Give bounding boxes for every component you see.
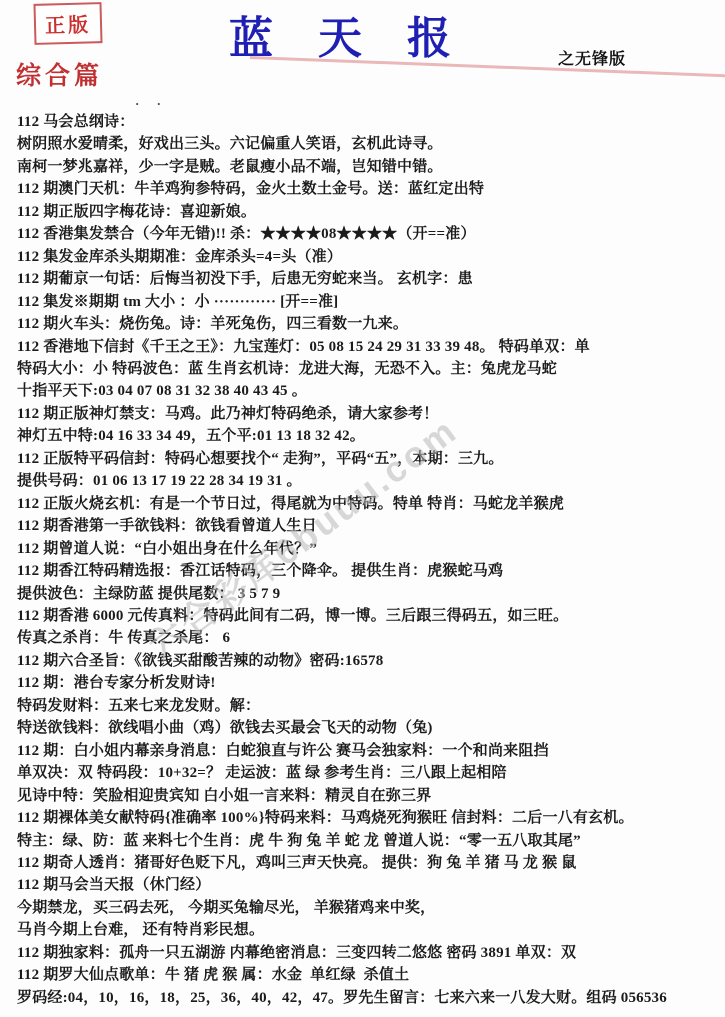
content-line: 112 期正版神灯禁支：马鸡。此乃神灯特码绝杀，请大家参考！ <box>17 403 721 425</box>
content-line: 112 期罗大仙点歌单：牛 猪 虎 猴 属：水金 单红绿 杀值土 <box>17 964 721 986</box>
content-line: 112 期六合圣旨：《欲钱买甜酸苦辣的动物》密码:16578 <box>17 650 721 672</box>
content-line: 112 集发※期期 tm 大小 ：小 ············ [开==准] <box>17 291 721 313</box>
content-line: 112 期香港 6000 元传真料：特码此间有二码，博一博。三后跟三得码五，如三… <box>17 605 721 627</box>
content-line: 112 期裸体美女献特码{准确率 100%}特码来料：马鸡烧死狗猴旺 信封料：二… <box>17 807 721 829</box>
content-line: 112 期火车头：烧伤兔。诗：羊死兔伤，四三看数一九来。 <box>17 313 721 335</box>
content-line: 十指平天下:03 04 07 08 31 32 38 40 43 45 。 <box>17 380 721 402</box>
content-line: 112 正版火烧玄机：有是一个节日过，得尾就为中特码。特单 特肖：马蛇龙羊猴虎 <box>17 493 721 515</box>
content-line: 传真之杀肖：牛 传真之杀尾： 6 <box>17 627 721 649</box>
content-line: 今期禁龙，买三码去死， 今期买兔输尽光， 羊猴猪鸡来中奖， <box>17 897 721 919</box>
content-line: 112 期曾道人说：“白小姐出身在什么年代？” <box>17 538 721 560</box>
content-line: 特码大小：小 特码波色：蓝 生肖玄机诗：龙进大海，无恐不入。主：兔虎龙马蛇 <box>17 358 721 380</box>
content-line: 112 期葡京一句话：后悔当初没下手，后患无穷蛇来当。 玄机字：患 <box>17 268 721 290</box>
content-line: 神灯五中特:04 16 33 34 49，五个平:01 13 18 32 42。 <box>17 425 721 447</box>
scanned-lottery-report-page: 正版 蓝天报 之无锋版 综合篇 · · 112 马会总纲诗：树阴照水爱晴柔，好戏… <box>0 0 725 1017</box>
content-line: 特主：绿、防：蓝 来料七个生肖：虎 牛 狗 兔 羊 蛇 龙 曾道人说：“零一五八… <box>17 830 721 852</box>
content-line: 特码发财料：五来七来龙发财。解： <box>17 695 721 717</box>
content-line: 112 期香江特码精选报：香江话特码，三个降伞。 提供生肖：虎猴蛇马鸡 <box>17 560 721 582</box>
content-line: 提供波色：主绿防蓝 提供尾数： 3 5 7 9 <box>17 583 721 605</box>
content-line: 单双决：双 特码段：10+32=？ 走运波：蓝 绿 参考生肖：三八跟上起相陪 <box>17 762 721 784</box>
content-line: 112 香港地下信封《千王之王》：九宝莲灯：05 08 15 24 29 31 … <box>17 336 721 358</box>
scan-artifact-dots: · · <box>135 96 168 112</box>
content-line: 112 正版特平码信封：特码心想要找个“ 走狗”，平码“五”，本期：三九。 <box>17 448 721 470</box>
content-line: 112 期马会当天报（休门经） <box>17 874 721 896</box>
content-line: 112 期正版四字梅花诗：喜迎新娘。 <box>17 201 721 223</box>
content-line: 112 香港集发禁合（今年无错)!! 杀：★★★★08★★★★（开==准） <box>17 223 721 245</box>
content-line: 112 期独家料：孤舟一只五湖游 内幕绝密消息：三变四转二悠悠 密码 3891 … <box>17 942 721 964</box>
content-line: 112 集发金库杀头期期准：金库杀头=4=头（准） <box>17 246 721 268</box>
content-lines: 112 马会总纲诗：树阴照水爱晴柔，好戏出三头。六记偏重人笑语，玄机此诗寻。南柯… <box>17 111 721 1009</box>
content-line: 南柯一梦兆嘉祥，少一字是贼。老鼠瘦小品不端，岂知错中错。 <box>17 156 721 178</box>
content-line: 112 马会总纲诗： <box>17 111 721 133</box>
content-line: 树阴照水爱晴柔，好戏出三头。六记偏重人笑语，玄机此诗寻。 <box>17 133 721 155</box>
content-line: 112 期：白小姐内幕亲身消息：白蛇狼直与许公 赛马会独家料：一个和尚来阻挡 <box>17 740 721 762</box>
content-line: 特送欲钱料：欲线唱小曲（鸡）欲钱去买最会飞天的动物（兔) <box>17 717 721 739</box>
edition-label: 之无锋版 <box>558 46 626 69</box>
content-line: 罗码经:04，10，16，18，25，36，40，42，47。罗先生留言：七来六… <box>17 987 721 1009</box>
content-line: 见诗中特：笑脸相迎贵宾知 白小姐一言来料：精灵自在弥三界 <box>17 785 721 807</box>
content-line: 112 期奇人透肖：猪哥好色贬下凡，鸡叫三声天快亮。 提供：狗 兔 羊 猪 马 … <box>17 852 721 874</box>
content-line: 112 期香港第一手欲钱料：欲钱看曾道人生日 <box>17 515 721 537</box>
section-title: 综合篇 <box>16 56 103 92</box>
content-line: 提供号码：01 06 13 17 19 22 28 34 19 31 。 <box>17 470 721 492</box>
content-line: 112 期：港台专家分析发财诗! <box>17 672 721 694</box>
content-line: 马肖今期上台难， 还有特肖彩民想。 <box>17 919 721 941</box>
content-line: 112 期澳门天机：牛羊鸡狗参特码，金火土数土金号。送：蓝红定出特 <box>17 178 721 200</box>
